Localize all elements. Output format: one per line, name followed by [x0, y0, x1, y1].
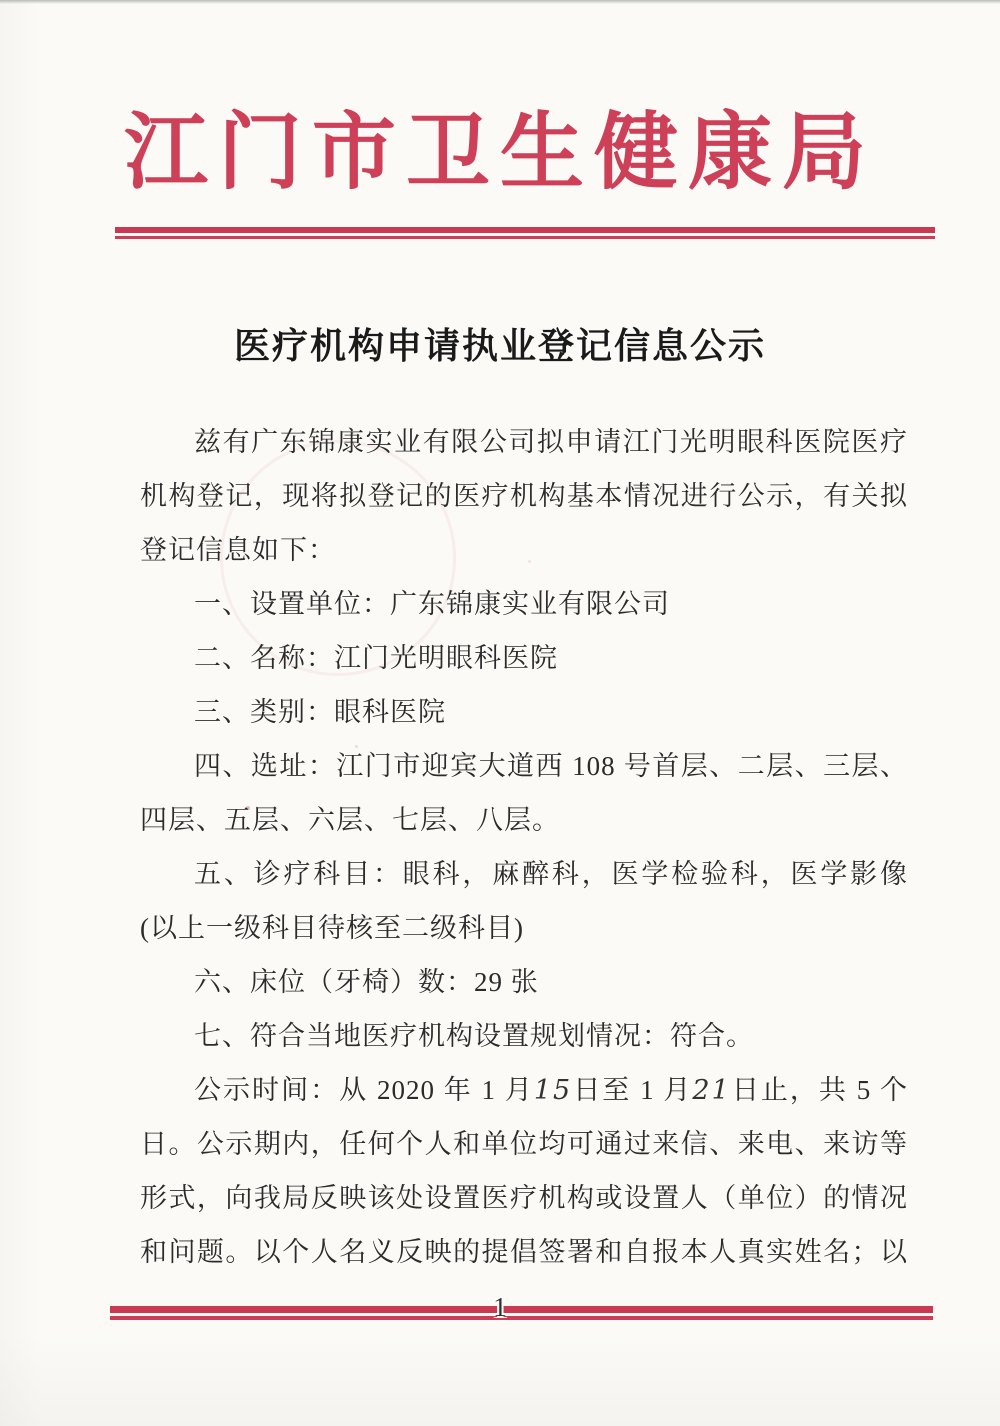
body-text-segment: 四、选址：江门市迎宾大道西 108 号首层、二层、三层、 [194, 751, 908, 781]
handwritten-date-digits: 15 [534, 1075, 572, 1106]
body-text-segment: 机构登记，现将拟登记的医疗机构基本情况进行公示，有关拟 [140, 481, 908, 511]
body-text-segment: 三、类别：眼科医院 [194, 697, 446, 727]
body-line: 五、诊疗科目：眼科，麻醉科，医学检验科，医学影像科。 [140, 847, 908, 901]
body-line: 二、名称：江门光明眼科医院 [140, 631, 908, 685]
body-text-segment: 兹有广东锦康实业有限公司拟申请江门光明眼科医院医疗 [194, 427, 908, 457]
body-line: 七、符合当地医疗机构设置规划情况：符合。 [140, 1009, 908, 1063]
body-line: 和问题。以个人名义反映的提倡签署和自报本人真实姓名；以 [140, 1225, 908, 1279]
body-line: 兹有广东锦康实业有限公司拟申请江门光明眼科医院医疗 [140, 415, 908, 469]
body-text-segment: 六、床位（牙椅）数：29 张 [194, 967, 539, 997]
handwritten-date-digits: 21 [692, 1075, 730, 1106]
body-line: 一、设置单位：广东锦康实业有限公司 [140, 577, 908, 631]
body-line: 登记信息如下： [140, 523, 908, 577]
body-text-segment: 五、诊疗科目：眼科，麻醉科，医学检验科，医学影像科。 [194, 859, 908, 901]
body-line: 六、床位（牙椅）数：29 张 [140, 955, 908, 1009]
body-line: 公示时间：从 2020 年 1 月15日至 1 月21日止，共 5 个工作 [140, 1063, 908, 1117]
scan-top-edge-artifact [0, 0, 1000, 4]
body-text-segment: (以上一级科目待核至二级科目) [140, 913, 524, 943]
body-text-segment: 七、符合当地医疗机构设置规划情况：符合。 [194, 1021, 754, 1051]
body-text-segment: 四层、五层、六层、七层、八层。 [140, 805, 560, 835]
body-text-segment: 公示时间：从 2020 年 1 月 [194, 1075, 534, 1105]
body-text-segment: 日至 1 月 [572, 1075, 692, 1105]
body-line: (以上一级科目待核至二级科目) [140, 901, 908, 955]
page-number: 1 [0, 1292, 1000, 1323]
rule-thin-line [115, 236, 935, 239]
body-line: 四、选址：江门市迎宾大道西 108 号首层、二层、三层、 [140, 739, 908, 793]
document-body: 兹有广东锦康实业有限公司拟申请江门光明眼科医院医疗机构登记，现将拟登记的医疗机构… [140, 415, 908, 1279]
body-text-segment: 登记信息如下： [140, 535, 336, 565]
body-line: 四层、五层、六层、七层、八层。 [140, 793, 908, 847]
body-text-segment: 一、设置单位：广东锦康实业有限公司 [194, 589, 670, 619]
agency-letterhead-title: 江门市卫生健康局 [0, 112, 1000, 196]
letterhead-double-rule [115, 227, 935, 239]
body-text-segment: 和问题。以个人名义反映的提倡签署和自报本人真实姓名；以 [140, 1237, 908, 1267]
body-line: 日。公示期内，任何个人和单位均可通过来信、来电、来访等 [140, 1117, 908, 1171]
body-line: 形式，向我局反映该处设置医疗机构或设置人（单位）的情况 [140, 1171, 908, 1225]
body-text-segment: 日。公示期内，任何个人和单位均可通过来信、来电、来访等 [140, 1129, 908, 1159]
document-title: 医疗机构申请执业登记信息公示 [0, 318, 1000, 369]
body-text-segment: 形式，向我局反映该处设置医疗机构或设置人（单位）的情况 [140, 1183, 908, 1213]
body-line: 三、类别：眼科医院 [140, 685, 908, 739]
body-text-segment: 二、名称：江门光明眼科医院 [194, 643, 558, 673]
body-line: 机构登记，现将拟登记的医疗机构基本情况进行公示，有关拟 [140, 469, 908, 523]
